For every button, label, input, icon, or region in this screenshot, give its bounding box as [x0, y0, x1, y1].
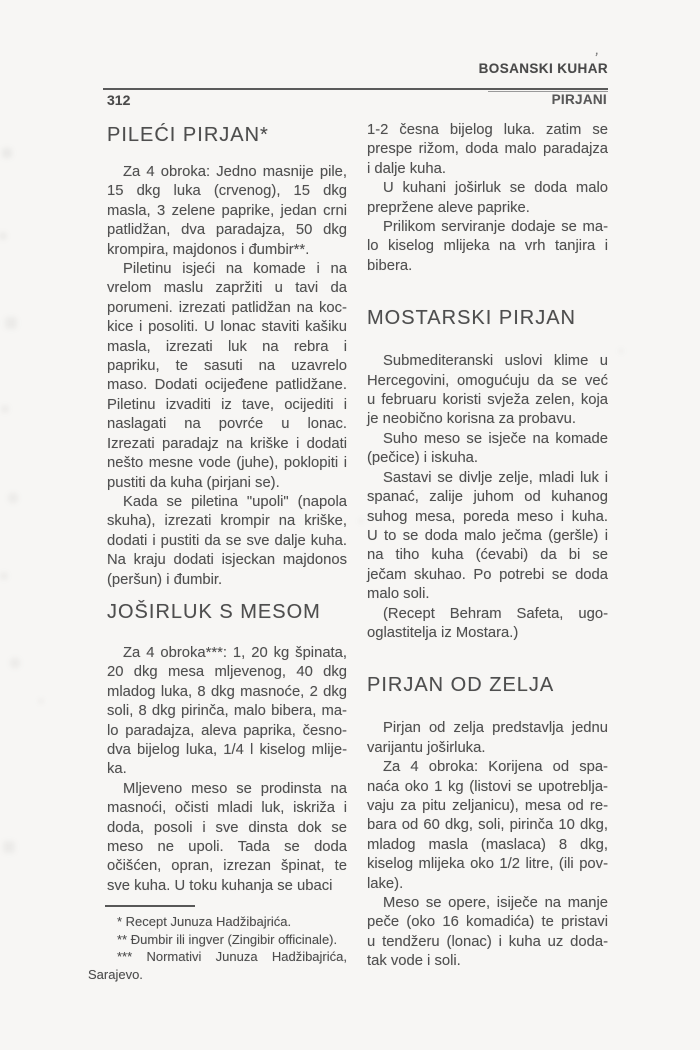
text-line: U kuhani joširluk se doda malo: [367, 179, 608, 198]
text-line: (peršun) i đumbir.: [107, 571, 347, 590]
text-line: meso ne upoli. Tada se doda: [107, 838, 347, 857]
text-line: Za 4 obroka: Korijena od spa-: [367, 758, 608, 777]
header-rule: [103, 88, 608, 90]
text-line: u tendžeru (lonac) i kuha uz doda-: [367, 933, 608, 952]
paragraph: Meso se opere, isiječe na manjepeče (oko…: [367, 894, 608, 972]
text-line: 15 dkg luka (crvenog), 15 dkg: [107, 182, 347, 201]
scanned-cookbook-page: BOSANSKI KUHAR PIRJANI 312 ’ PILEĆI PIRJ…: [0, 0, 700, 1050]
text-line: malo soli.: [367, 585, 608, 604]
text-line: lake).: [367, 875, 608, 894]
text-line: Hercegovini, omogućuju da se već: [367, 372, 608, 391]
paragraph: Submediteranski uslovi klime uHercegovin…: [367, 352, 608, 430]
text-line: varijantu joširluka.: [367, 739, 608, 758]
page-number: 312: [107, 92, 130, 108]
text-line: U to se doda malo ječma (geršle) i: [367, 527, 608, 546]
text-line: ječam skuhao. Po potrebi se doda: [367, 566, 608, 585]
text-line: lo paradajza, aleva paprika, česno-: [107, 722, 347, 741]
text-line: nešto mesne vode (juhe), poklopiti i: [107, 454, 347, 473]
text-line: masnoći, očisti mladi luk, iskriža i: [107, 799, 347, 818]
text-line: papriku, te sasuti na uzavrelo: [107, 357, 347, 376]
paragraph: Suho meso se isječe na komade(pečice) i …: [367, 430, 608, 469]
text-line: *** Normativi Junuza Hadžibajrića,: [88, 948, 347, 966]
recipe-heading: MOSTARSKI PIRJAN: [367, 306, 608, 330]
text-line: masla, 3 zelene paprike, jedan crni: [107, 202, 347, 221]
text-line: spanać, zalije juhom od kuhanog: [367, 488, 608, 507]
text-line: Mljeveno meso se prodinsta na: [107, 780, 347, 799]
text-line: Piletinu izvaditi iz tave, ocijediti i: [107, 396, 347, 415]
text-line: Pirjan od zelja predstavlja jednu: [367, 719, 608, 738]
text-line: (pečice) i iskuha.: [367, 449, 608, 468]
text-line: sve kuha. U toku kuhanja se ubaci: [107, 877, 347, 896]
text-line: Submediteranski uslovi klime u: [367, 352, 608, 371]
paragraph: Prilikom serviranje dodaje se ma-lo kise…: [367, 218, 608, 276]
text-line: dva bijelog luka, 1/4 l kiselog mlije-: [107, 741, 347, 760]
text-line: naslagati na povrće u lonac.: [107, 415, 347, 434]
text-line: na tiho kuha (ćevabi) da bi se: [367, 546, 608, 565]
text-line: ** Đumbir ili ingver (Zingibir officinal…: [88, 931, 347, 949]
recipe-heading: PIRJAN OD ZELJA: [367, 673, 608, 697]
text-line: * Recept Junuza Hadžibajrića.: [88, 913, 347, 931]
text-line: Za 4 obroka***: 1, 20 kg špinata,: [107, 644, 347, 663]
text-line: dodati i pustiti da se sve dalje kuha.: [107, 532, 347, 551]
paragraph: Pirjan od zelja predstavlja jednuvarijan…: [367, 719, 608, 758]
header-section-title: PIRJANI: [552, 92, 607, 107]
text-line: ka.: [107, 760, 347, 779]
text-line: peče (oko 16 komadića) te pristavi: [367, 913, 608, 932]
text-line: 20 dkg mesa mljevenog, 40 dkg: [107, 663, 347, 682]
text-line: krompira, majdonos i đumbir**.: [107, 241, 347, 260]
text-line: Za 4 obroka: Jedno masnije pile,: [107, 163, 347, 182]
text-line: bibera.: [367, 257, 608, 276]
text-line: tak vode i soli.: [367, 952, 608, 971]
text-line: mladog masla (maslaca) 8 dkg,: [367, 836, 608, 855]
footnote: ** Đumbir ili ingver (Zingibir officinal…: [88, 931, 347, 949]
text-line: u februaru koristi svježa zelen, koja: [367, 391, 608, 410]
text-line: suhog mesa, poreda meso i kuha.: [367, 508, 608, 527]
text-line: mladog luka, 8 dkg masnoće, 2 dkg: [107, 683, 347, 702]
text-line: skuha), izrezati krompir na kriške,: [107, 512, 347, 531]
text-line: kice i posoliti. U lonac staviti kašiku: [107, 318, 347, 337]
text-line: Kada se piletina "upoli" (napola: [107, 493, 347, 512]
text-line: porumeni. izrezati patlidžan na koc-: [107, 299, 347, 318]
text-line: Piletinu isjeći na komade i na: [107, 260, 347, 279]
text-line: kiselog mlijeka oko 1/2 litre, (ili pov-: [367, 855, 608, 874]
text-line: Izrezati paradajz na kriške i dodati: [107, 435, 347, 454]
paragraph: Za 4 obroka***: 1, 20 kg špinata,20 dkg …: [107, 644, 347, 780]
text-line: lo kiselog mlijeka na vrh tanjira i: [367, 237, 608, 256]
text-line: Prilikom serviranje dodaje se ma-: [367, 218, 608, 237]
text-line: doda, posoli i sve dinsta dok se: [107, 819, 347, 838]
paragraph: U kuhani joširluk se doda maloprepržene …: [367, 179, 608, 218]
text-line: prepržene aleve paprike.: [367, 199, 608, 218]
text-line: bara od 60 dkg, soli, pirinča 10 dkg,: [367, 816, 608, 835]
recipe-heading: JOŠIRLUK S MESOM: [107, 600, 347, 624]
paragraph: Mljeveno meso se prodinsta namasnoći, oč…: [107, 780, 347, 896]
paragraph: Za 4 obroka: Jedno masnije pile,15 dkg l…: [107, 163, 347, 260]
left-column: PILEĆI PIRJAN*Za 4 obroka: Jedno masnije…: [107, 121, 347, 983]
text-line: pustiti da kuha (pirjani se).: [107, 474, 347, 493]
text-line: i dalje kuha.: [367, 160, 608, 179]
footnote: * Recept Junuza Hadžibajrića.: [88, 913, 347, 931]
text-line: Sarajevo.: [88, 966, 347, 984]
text-line: oglastitelja iz Mostara.): [367, 624, 608, 643]
text-line: Na kraju dodati isjeckan majdonos: [107, 551, 347, 570]
paragraph: Za 4 obroka: Korijena od spa-naća oko 1 …: [367, 758, 608, 894]
text-line: maso. Dodati ocijeđene patlidžane.: [107, 376, 347, 395]
text-line: očišćen, opran, izrezan špinat, te: [107, 857, 347, 876]
paragraph: Piletinu isjeći na komade i navrelom mas…: [107, 260, 347, 493]
header-book-title: BOSANSKI KUHAR: [479, 61, 608, 76]
paragraph: Kada se piletina "upoli" (napolaskuha), …: [107, 493, 347, 590]
text-line: 1-2 česna bijelog luka. zatim se: [367, 121, 608, 140]
text-line: naća oko 1 kg (listovi se upotreblja-: [367, 778, 608, 797]
text-line: je neobično korisna za probavu.: [367, 410, 608, 429]
text-line: Meso se opere, isiječe na manje: [367, 894, 608, 913]
text-line: prespe rižom, doda malo paradajza: [367, 140, 608, 159]
text-line: (Recept Behram Safeta, ugo-: [367, 605, 608, 624]
paragraph: Sastavi se divlje zelje, mladi luk ispan…: [367, 469, 608, 605]
right-column: 1-2 česna bijelog luka. zatim seprespe r…: [367, 121, 608, 972]
footnote: *** Normativi Junuza Hadžibajrića,Saraje…: [88, 948, 347, 983]
paragraph: (Recept Behram Safeta, ugo-oglastitelja …: [367, 605, 608, 644]
text-line: Suho meso se isječe na komade: [367, 430, 608, 449]
footnote-separator: [105, 905, 195, 907]
text-line: masla, izrezati luk na rebra i: [107, 338, 347, 357]
text-line: vrelom maslu zapržiti u tavi da: [107, 279, 347, 298]
text-line: patlidžan, dva paradajza, 50 dkg: [107, 221, 347, 240]
text-line: soli, 8 dkg pirinča, malo bibera, ma-: [107, 702, 347, 721]
paragraph: 1-2 česna bijelog luka. zatim seprespe r…: [367, 121, 608, 179]
text-line: Sastavi se divlje zelje, mladi luk i: [367, 469, 608, 488]
text-line: vaju za pitu zeljanicu), mesa od re-: [367, 797, 608, 816]
scan-noise: [0, 0, 2, 2]
recipe-heading: PILEĆI PIRJAN*: [107, 123, 347, 147]
